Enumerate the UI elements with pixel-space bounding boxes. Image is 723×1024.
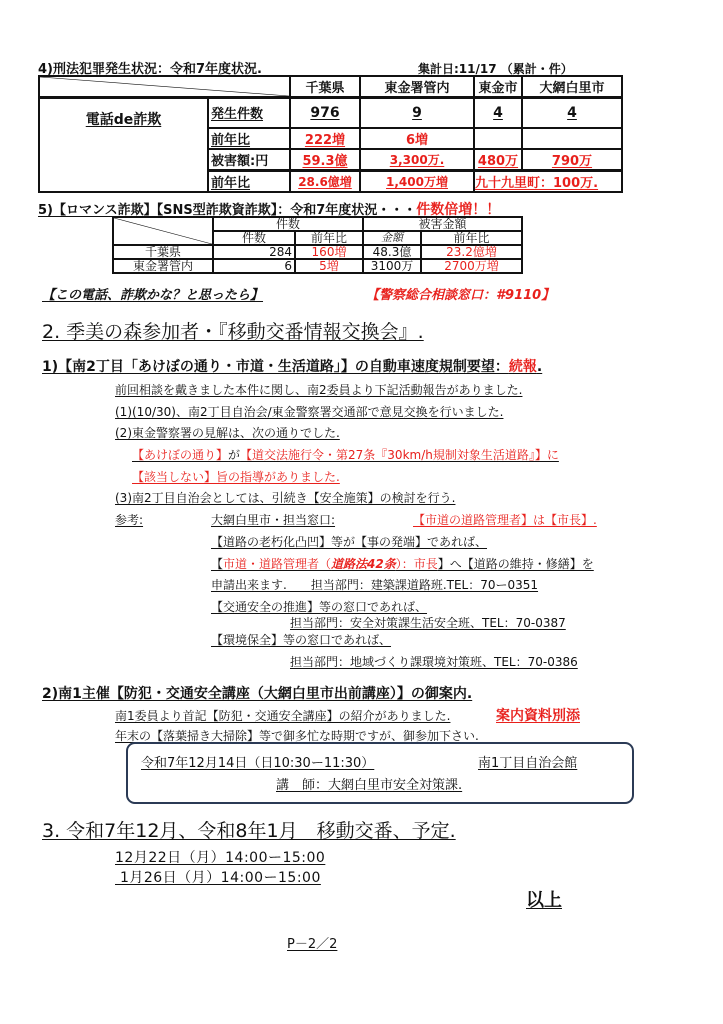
item2-title: 2)南1主催【防犯・交通安全講座（大網白里市出前講座）】の御案内.: [42, 683, 472, 703]
event-lecturer: 講 師：大網白里市安全対策課.: [276, 774, 462, 793]
row-label: 千葉県: [113, 245, 213, 259]
table-cell: 160増: [295, 245, 363, 259]
reference-label: 参考:: [115, 511, 143, 528]
report-line: (3)南2丁目自治会としては、引続き【安全施策】の検討を行う.: [115, 489, 455, 506]
col-header: 千葉県: [290, 76, 360, 98]
table-cell: 28.6億増: [290, 170, 360, 192]
row-group-label: 電話de詐欺: [39, 98, 208, 192]
reference-line: 【交通安全の推進】等の窓口であれば、: [211, 598, 427, 615]
status-badge: 続報: [509, 359, 537, 375]
section3-heading: 3. 令和7年12月、令和8年1月 移動交番、予定.: [42, 816, 456, 843]
romance-fraud-table: 件数 被害金額 件数 前年比 金額 前年比 千葉県 284 160増 48.3億…: [112, 216, 523, 274]
sub-header: 前年比: [295, 231, 363, 245]
table-cell: 790万: [522, 149, 622, 171]
item1-title: 1)【南2丁目「あけぼの通り・市道・生活道路」】の自動車速度規制要望：続報.: [42, 356, 542, 376]
col-header: 大網白里市: [522, 76, 622, 98]
col-header: 東金市: [474, 76, 522, 98]
report-line: (1)(10/30)、南2丁目自治会/東金警察署交通部で意見交換を行いました.: [115, 403, 503, 420]
sub-header: 前年比: [421, 231, 522, 245]
table-cell: 4: [474, 98, 522, 128]
road-manager-note: 【市道の道路管理者】は【市長】.: [413, 511, 597, 528]
table-cell: 3100万: [363, 259, 421, 273]
event-venue: 南1丁目自治会館: [478, 752, 577, 771]
reference-line: 申請出来ます. 担当部門：建築課道路班.TEL：70ー0351: [211, 576, 538, 593]
table-cell: 59.3億: [290, 149, 360, 171]
table-cell: 6増: [360, 128, 474, 149]
schedule-date: 12月22日（月）14:00ー15:00: [115, 847, 325, 867]
police-view-line: 【該当しない】旨の指導がありました.: [132, 468, 340, 485]
table-corner: [39, 76, 290, 98]
table-cell: 2700万増: [421, 259, 522, 273]
page-number: P－2／2: [287, 933, 337, 952]
closing-text: 以上: [526, 886, 562, 912]
table-cell: 480万: [474, 149, 522, 171]
reference-line: 【道路の老朽化凸凹】等が【事の発端】であれば、: [211, 533, 487, 550]
table-cell: 9: [360, 98, 474, 128]
table-cell: 4: [522, 98, 622, 128]
reference-office: 大網白里市・担当窓口:: [211, 511, 335, 528]
section2-heading: 2. 季美の森参加者・『移動交番情報交換会』.: [42, 317, 424, 344]
row-label: 東金署管内: [113, 259, 213, 273]
group-header: 件数: [213, 217, 363, 231]
table-cell: 48.3億: [363, 245, 421, 259]
hotline-prompt: 【この電話、詐欺かな？と思ったら】: [42, 284, 263, 303]
table-cell: 23.2億増: [421, 245, 522, 259]
sub-header: 金額: [363, 231, 421, 245]
table-cell: 976: [290, 98, 360, 128]
table-corner: [113, 217, 213, 245]
table-cell: 1,400万増: [360, 170, 474, 192]
group-header: 被害金額: [363, 217, 522, 231]
reference-line: 担当部門：安全対策課生活安全班、TEL：70-0387: [290, 614, 566, 631]
row-label: 前年比: [208, 128, 290, 149]
sub-header: 件数: [213, 231, 295, 245]
table-cell: 九十九里町：100万.: [474, 170, 622, 192]
schedule-date: 1月26日（月）14:00ー15:00: [115, 867, 321, 887]
row-label: 発生件数: [208, 98, 290, 128]
attachment-note: 案内資料別添: [496, 705, 580, 725]
reference-line: 【環境保全】等の窓口であれば、: [211, 631, 391, 648]
table-cell: 6: [213, 259, 295, 273]
row-label: 前年比: [208, 170, 290, 192]
row-label: 被害額:円: [208, 149, 290, 171]
table-cell: 3,300万.: [360, 149, 474, 171]
table-cell: 5増: [295, 259, 363, 273]
table-cell: 284: [213, 245, 295, 259]
table-cell: [474, 128, 522, 149]
event-date: 令和7年12月14日（日10:30ー11:30）: [141, 752, 374, 771]
report-line: 前回相談を戴きました本件に関し、南2委員より下記活動報告がありました.: [115, 381, 522, 398]
report-line: (2)東金警察署の見解は、次の通りでした.: [115, 424, 340, 441]
reference-line: 【市道・道路管理者（道路法42条）：市長】へ【道路の維持・修繕】を: [211, 555, 594, 572]
table-cell: 222増: [290, 128, 360, 149]
police-hotline: 【警察総合相談窓口：#9110】: [366, 284, 554, 303]
reference-line: 担当部門：地域づくり課環境対策班、TEL：70-0386: [290, 653, 578, 670]
table-cell: [522, 128, 622, 149]
police-view-line: 【あけぼの通り】が【道交法施行令・第27条『30km/h規制対象生活道路』】に: [132, 446, 559, 463]
item2-line: 南1委員より首記【防犯・交通安全講座】の紹介がありました.: [115, 707, 450, 724]
crime-stats-table: 千葉県 東金署管内 東金市 大網白里市 電話de詐欺 発生件数 976 9 4 …: [38, 75, 623, 193]
col-header: 東金署管内: [360, 76, 474, 98]
